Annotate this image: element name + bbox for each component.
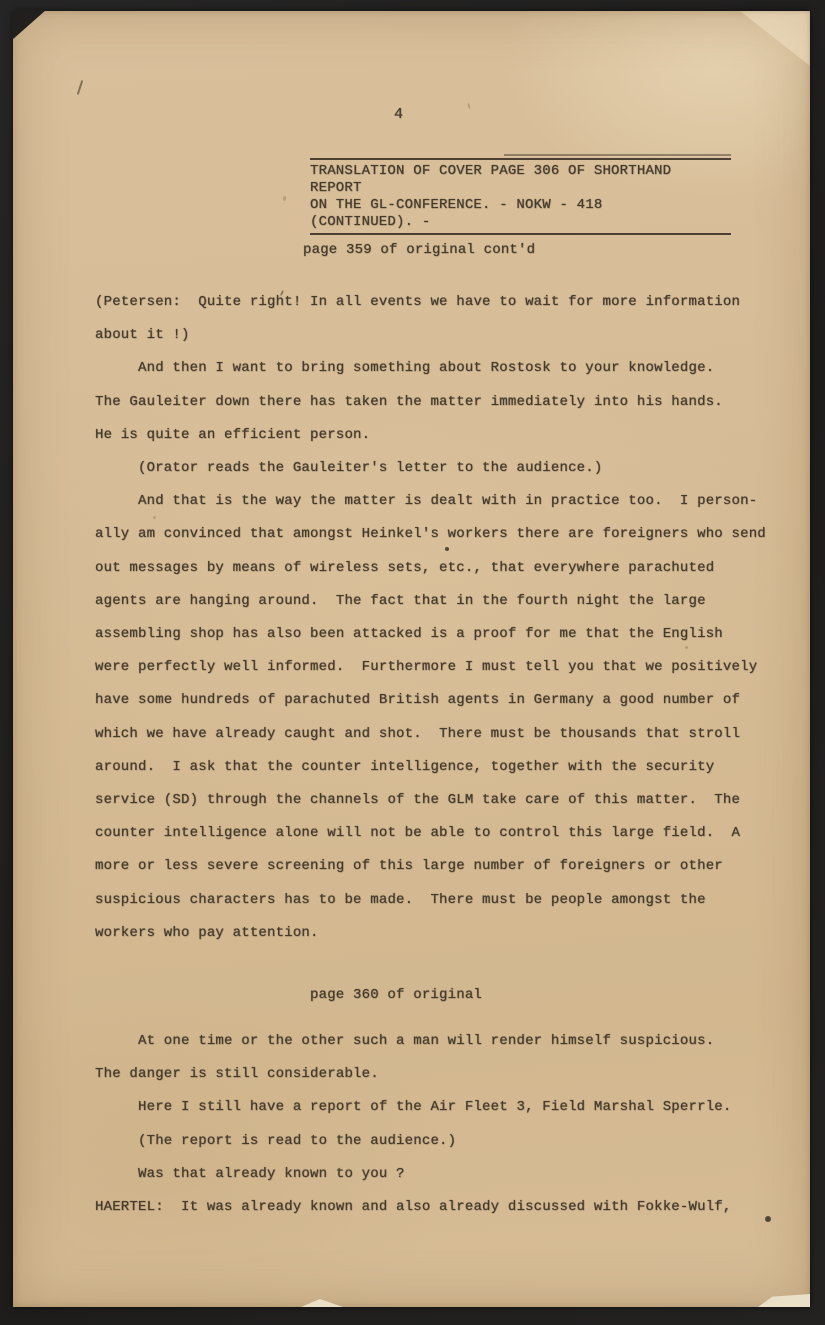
section-heading-page-360: page 360 of original xyxy=(310,987,482,1003)
scanner-background: 4 TRANSLATION OF COVER PAGE 306 OF SHORT… xyxy=(0,0,825,1325)
torn-chip-bottom-center xyxy=(301,1299,343,1307)
body-text-page-359: (Petersen: Quite right! In all events we… xyxy=(95,286,766,950)
document-page: 4 TRANSLATION OF COVER PAGE 306 OF SHORT… xyxy=(13,11,810,1307)
document-header: TRANSLATION OF COVER PAGE 306 OF SHORTHA… xyxy=(310,158,731,235)
paper-fleck xyxy=(467,103,470,109)
torn-chip-bottom-right xyxy=(758,1294,810,1307)
section-heading-page-359: page 359 of original cont'd xyxy=(303,242,535,258)
pencil-tick-mark xyxy=(77,80,84,95)
torn-corner-top-left xyxy=(12,10,46,40)
body-text-page-360: At one time or the other such a man will… xyxy=(95,1025,732,1224)
page-number: 4 xyxy=(394,106,403,123)
header-line-1: TRANSLATION OF COVER PAGE 306 OF SHORTHA… xyxy=(310,163,731,197)
ink-speck xyxy=(445,547,449,551)
header-line-2: ON THE GL-CONFERENCE. - NOKW - 418 xyxy=(310,197,731,214)
ink-blot-after-comma xyxy=(765,1216,771,1222)
worn-corner-top-right xyxy=(740,11,810,66)
header-line-3: (CONTINUED). - xyxy=(310,214,731,231)
paper-fleck xyxy=(283,196,286,201)
